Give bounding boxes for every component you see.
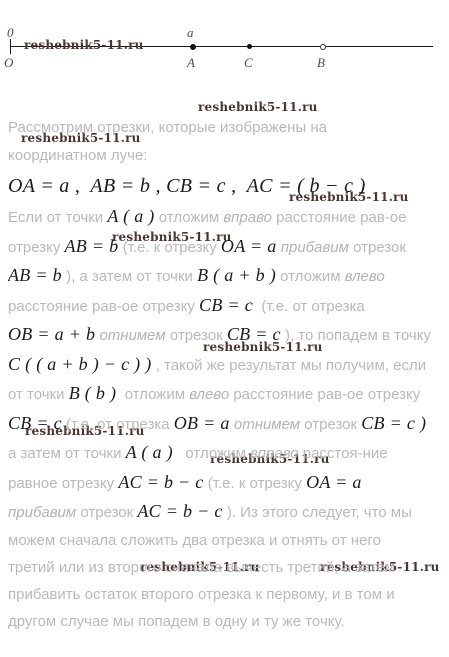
plain-text: отрезок	[76, 504, 137, 521]
math-expression: CB = c	[199, 295, 253, 315]
emphasized-word: прибавим	[8, 504, 76, 521]
text-line: C ( ( a + b ) − c ) ) , такой же результ…	[8, 350, 449, 380]
solution-text: Рассмотрим отрезки, которые изображены н…	[8, 114, 449, 635]
emphasized-word: вправо	[223, 209, 272, 226]
closing-paragraph: можем сначала сложить два отрезка и отня…	[8, 527, 449, 635]
origin-coordinate-label: 0	[7, 26, 14, 39]
plain-text: отложим	[276, 268, 345, 285]
intro-paragraph: Рассмотрим отрезки, которые изображены н…	[8, 114, 449, 170]
math-expression: AC = b − c	[137, 501, 222, 521]
emphasized-word: прибавим	[281, 239, 349, 256]
text-line: Если от точки A ( a ) отложим вправо рас…	[8, 202, 449, 232]
math-expression: CB = c	[8, 413, 62, 433]
point-c-dot	[247, 44, 252, 49]
text-line: AB = b ), а затем от точки B ( a + b ) о…	[8, 261, 449, 291]
math-expression: OA = a	[221, 236, 277, 256]
text-line: CB = c (т.е. от отрезка OB = a отнимем о…	[8, 409, 449, 439]
math-expression: OB = a	[174, 413, 230, 433]
plain-text: другом случае мы попадем в одну и ту же …	[8, 613, 345, 630]
emphasized-word: отнимем	[99, 327, 165, 344]
math-expression: C ( ( a + b ) − c ) )	[8, 354, 152, 374]
math-expression: CB = c )	[361, 413, 426, 433]
text-line: прибавим отрезок AC = b − c ). Из этого …	[8, 497, 449, 527]
plain-text: (т.е. от отрезка	[253, 298, 365, 315]
plain-text: равное отрезку	[8, 475, 118, 492]
plain-text: можем сначала сложить два отрезка и отня…	[8, 532, 381, 549]
text-line: можем сначала сложить два отрезка и отня…	[8, 527, 449, 554]
math-expression: OA = a , AB = b , CB = c , AC = ( b − c …	[8, 175, 366, 197]
math-expression: OA = a	[306, 472, 362, 492]
math-expression: CB = c	[227, 324, 281, 344]
math-expression: B ( a + b )	[197, 265, 276, 285]
text-line: расстояние рав-ое отрезку CB = c (т.е. о…	[8, 291, 449, 321]
plain-text: третий или из второго сначала вычесть тр…	[8, 559, 395, 576]
plain-text: ), то попадем в точку	[281, 327, 431, 344]
plain-text: (т.е. от отрезка	[62, 416, 174, 433]
plain-text: прибавить остаток второго отрезка к перв…	[8, 586, 395, 603]
plain-text: ), а затем от точки	[62, 268, 197, 285]
origin-tick	[10, 39, 11, 54]
text-line: от точки B ( b ) отложим влево расстояни…	[8, 379, 449, 409]
text-line: третий или из второго сначала вычесть тр…	[8, 554, 449, 581]
scanned-solution-page: 0 O a A C B reshebnik5-11.rureshebnik5-1…	[0, 0, 449, 657]
text-line: а затем от точки A ( a ) отложим вправо …	[8, 438, 449, 468]
text-line: Рассмотрим отрезки, которые изображены н…	[8, 114, 449, 142]
point-a-coordinate-label: a	[187, 26, 194, 39]
point-c-label: C	[244, 56, 253, 69]
text-line: координатном луче:	[8, 142, 449, 170]
plain-text: расстоя-ние	[299, 445, 388, 462]
body-paragraph: Если от точки A ( a ) отложим вправо рас…	[8, 202, 449, 527]
plain-text: , такой же результат мы получим, если	[152, 357, 427, 374]
plain-text: (т.е. к отрезку	[118, 239, 220, 256]
math-expression: A ( a )	[107, 206, 154, 226]
point-a-dot	[190, 44, 196, 50]
math-expression: B ( b )	[69, 383, 117, 403]
point-a-label: A	[187, 56, 195, 69]
math-expression: AC = b − c	[118, 472, 203, 492]
math-expression: OB = a + b	[8, 324, 95, 344]
plain-text: ). Из этого следует, что мы	[223, 504, 412, 521]
site-watermark: reshebnik5-11.ru	[24, 39, 144, 51]
text-line: OB = a + b отнимем отрезок CB = c ), то …	[8, 320, 449, 350]
plain-text: расстояние рав-ое отрезку	[229, 386, 420, 403]
plain-text: отложим	[155, 209, 224, 226]
plain-text: отрезку	[8, 239, 65, 256]
emphasized-word: вправо	[250, 445, 299, 462]
plain-text: отрезок	[300, 416, 361, 433]
emphasized-word: отнимем	[234, 416, 300, 433]
plain-text: (т.е. к отрезку	[204, 475, 306, 492]
plain-text: отложим	[116, 386, 189, 403]
text-line: отрезку AB = b (т.е. к отрезку OA = a пр…	[8, 232, 449, 262]
point-b-label: B	[317, 56, 325, 69]
plain-text: отрезок	[166, 327, 227, 344]
site-watermark: reshebnik5-11.ru	[198, 101, 318, 113]
plain-text: расстояние рав-ое отрезку	[8, 298, 199, 315]
plain-text: координатном луче:	[8, 147, 147, 164]
plain-text: отложим	[173, 445, 250, 462]
plain-text: Рассмотрим отрезки, которые изображены н…	[8, 119, 327, 136]
formula-line: OA = a , AB = b , CB = c , AC = ( b − c …	[8, 170, 449, 202]
text-line: другом случае мы попадем в одну и ту же …	[8, 608, 449, 635]
emphasized-word: влево	[345, 268, 385, 285]
text-line: OA = a , AB = b , CB = c , AC = ( b − c …	[8, 170, 449, 202]
plain-text: а затем от точки	[8, 445, 126, 462]
plain-text: Если от точки	[8, 209, 107, 226]
plain-text: расстояние рав-ое	[272, 209, 407, 226]
math-expression: AB = b	[65, 236, 119, 256]
plain-text: отрезок	[349, 239, 406, 256]
point-b-dot	[320, 44, 326, 50]
plain-text: от точки	[8, 386, 69, 403]
text-line: равное отрезку AC = b − c (т.е. к отрезк…	[8, 468, 449, 498]
emphasized-word: влево	[189, 386, 229, 403]
math-expression: AB = b	[8, 265, 62, 285]
math-expression: A ( a )	[126, 442, 173, 462]
text-line: прибавить остаток второго отрезка к перв…	[8, 581, 449, 608]
origin-point-label: O	[4, 56, 13, 69]
